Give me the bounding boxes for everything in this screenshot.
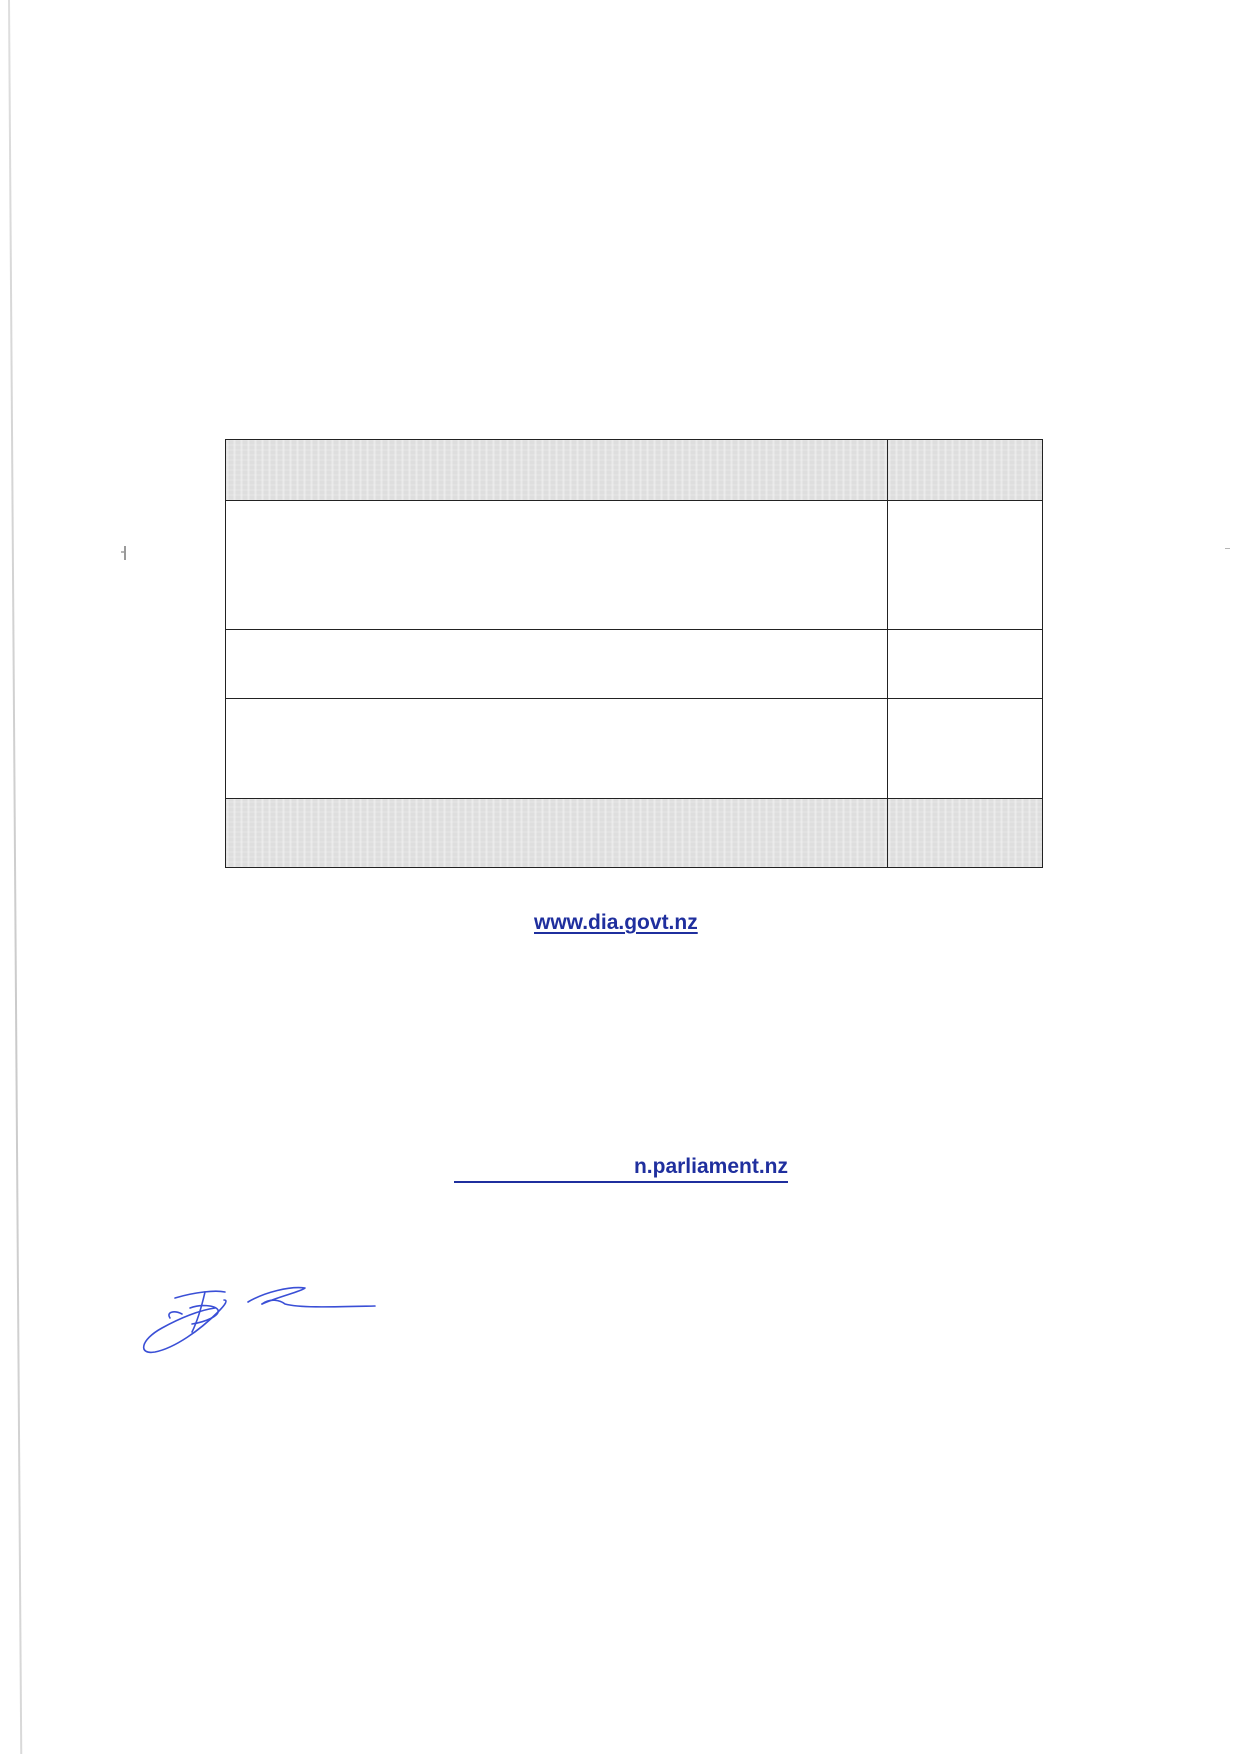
parliament-link-group[interactable]: n.parliament.nz — [454, 1155, 788, 1185]
table-header-cell — [888, 440, 1043, 501]
dia-website-link[interactable]: www.dia.govt.nz — [534, 911, 698, 935]
table-total-cell — [888, 799, 1043, 868]
signature-image — [130, 1270, 380, 1360]
margin-mark-right — [1225, 548, 1230, 549]
table-row — [226, 630, 1043, 699]
table-total-row — [226, 799, 1043, 868]
table-cell — [226, 501, 888, 630]
table-row — [226, 501, 1043, 630]
table-header-cell — [226, 440, 888, 501]
table-cell — [888, 501, 1043, 630]
margin-mark — [124, 546, 126, 560]
table-cell — [226, 630, 888, 699]
scan-edge-line — [8, 0, 22, 1754]
table-cell — [888, 699, 1043, 799]
table-cell — [226, 699, 888, 799]
table-row — [226, 699, 1043, 799]
table-total-cell — [226, 799, 888, 868]
redacted-link-underline — [454, 1181, 788, 1183]
parliament-email-link[interactable]: n.parliament.nz — [634, 1155, 788, 1179]
table-header-row — [226, 440, 1043, 501]
table-cell — [888, 630, 1043, 699]
summary-table — [225, 439, 1043, 868]
